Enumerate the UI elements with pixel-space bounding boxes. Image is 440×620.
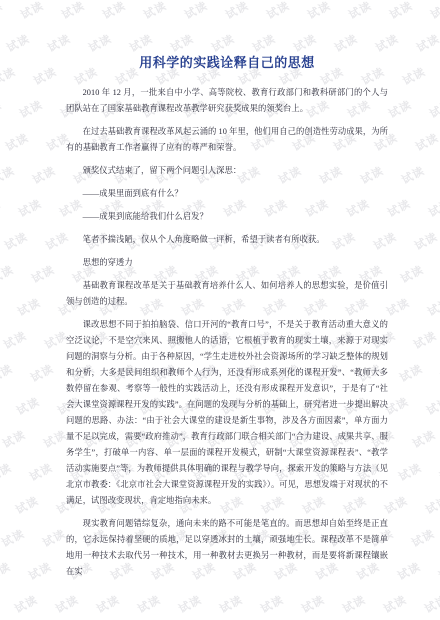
- watermark: 试读: [15, 294, 44, 319]
- document-title: 用科学的实践诠释自己的思想: [66, 53, 388, 73]
- watermark: 试读: [386, 96, 415, 121]
- watermark: 试读: [0, 558, 13, 583]
- question-line-1: ——成果里面到底有什么？: [66, 186, 388, 202]
- watermark: 试读: [414, 30, 440, 55]
- watermark: 试读: [0, 0, 5, 23]
- watermark: 试读: [13, 492, 42, 517]
- watermark: 试读: [424, 393, 440, 418]
- watermark: 试读: [423, 492, 440, 517]
- paragraph-decade-review: 在过去基础教育课程改革风起云涌的 10 年里，他们用自己的创造性劳动成果，为所有…: [66, 124, 388, 156]
- watermark: 试读: [12, 591, 41, 616]
- watermark: 试读: [436, 558, 440, 583]
- watermark: 试读: [397, 360, 426, 385]
- watermark: 试读: [427, 96, 440, 121]
- watermark: 试读: [0, 162, 17, 187]
- question-line-2: ——成果到底能给我们什么启发？: [66, 209, 388, 225]
- watermark: 试读: [40, 525, 69, 550]
- watermark: 试读: [0, 525, 27, 550]
- watermark: 试读: [299, 591, 328, 616]
- watermark: 试读: [381, 591, 410, 616]
- watermark: 试读: [16, 195, 45, 220]
- watermark: 试读: [409, 525, 438, 550]
- watermark: 试读: [395, 558, 424, 583]
- watermark: 试读: [1, 327, 30, 352]
- watermark: 试读: [28, 360, 57, 385]
- watermark: 试读: [217, 591, 246, 616]
- watermark: 试读: [176, 591, 205, 616]
- paragraph-reform-definition: 基础教育课程改革是关于基础教育培养什么人、如何培养人的思想实验，是价值引领与创造…: [66, 278, 388, 310]
- watermark: 试读: [0, 195, 3, 220]
- watermark: 试读: [3, 129, 32, 154]
- watermark: 试读: [399, 162, 428, 187]
- document-content: 用科学的实践诠释自己的思想 2010 年 12 月，一批来自中小学、高等院校、教…: [66, 0, 388, 587]
- watermark: 试读: [30, 162, 59, 187]
- watermark: 试读: [0, 96, 4, 121]
- watermark: 试读: [422, 591, 440, 616]
- watermark: 试读: [94, 591, 123, 616]
- paragraph-ceremony-questions: 颁奖仪式结束了，留下两个问题引人深思：: [66, 163, 388, 179]
- watermark: 试读: [437, 459, 440, 484]
- watermark: 试读: [413, 129, 440, 154]
- watermark: 试读: [385, 195, 414, 220]
- watermark: 试读: [0, 426, 28, 451]
- paragraph-reality-conclusion: 现实教育问题错综复杂，通向未来的路不可能是笔直的。而思想却自始至终是正直的，它永…: [66, 516, 388, 580]
- watermark: 试读: [18, 0, 47, 23]
- watermark: 试读: [4, 30, 33, 55]
- watermark: 试读: [396, 459, 425, 484]
- watermark: 试读: [27, 459, 56, 484]
- watermark: 试读: [425, 294, 440, 319]
- watermark: 试读: [412, 228, 440, 253]
- watermark: 试读: [428, 0, 440, 23]
- watermark: 试读: [26, 558, 55, 583]
- watermark: 试读: [135, 591, 164, 616]
- watermark: 试读: [340, 591, 369, 616]
- document-page: 试读试读试读试读试读试读试读试读试读试读试读试读试读试读试读试读试读试读试读试读…: [0, 0, 440, 620]
- watermark: 试读: [0, 393, 1, 418]
- paragraph-reform-thought-analysis: 课改思想不同于拍拍脑袋、信口开河的“教育口号”，不是关于教育活动重大意义的空泛议…: [66, 317, 388, 509]
- watermark: 试读: [31, 63, 60, 88]
- watermark: 试读: [53, 591, 82, 616]
- watermark: 试读: [0, 459, 14, 484]
- section-heading-thought-power: 思想的穿透力: [66, 255, 388, 271]
- watermark: 试读: [14, 393, 43, 418]
- watermark: 试读: [411, 327, 440, 352]
- watermark: 试读: [387, 0, 416, 23]
- paragraph-author-note: 笔者不揣浅陋，仅从个人角度略做一评析，希望于读者有所收获。: [66, 232, 388, 248]
- watermark: 试读: [29, 261, 58, 286]
- watermark: 试读: [0, 294, 2, 319]
- watermark: 试读: [17, 96, 46, 121]
- watermark: 试读: [0, 261, 16, 286]
- watermark: 试读: [2, 228, 31, 253]
- watermark: 试读: [398, 261, 427, 286]
- watermark: 试读: [0, 63, 18, 88]
- watermark: 试读: [400, 63, 429, 88]
- watermark: 试读: [426, 195, 440, 220]
- watermark: 试读: [0, 360, 15, 385]
- watermark: 试读: [258, 591, 287, 616]
- watermark: 试读: [410, 426, 439, 451]
- paragraph-award-intro: 2010 年 12 月，一批来自中小学、高等院校、教育行政部门和教科研部门的个人…: [66, 85, 388, 117]
